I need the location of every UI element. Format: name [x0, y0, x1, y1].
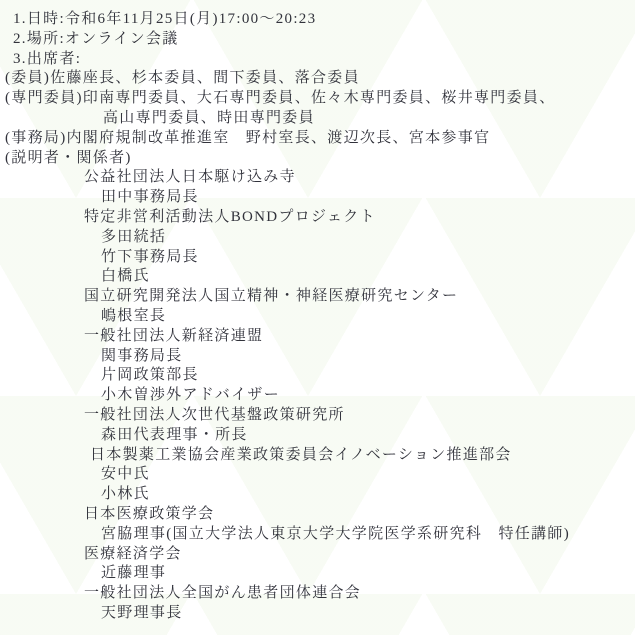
doc-line: 一般社団法人全国がん患者団体連合会 — [0, 584, 635, 604]
doc-line: 高山専門委員、時田専門委員 — [0, 109, 635, 129]
doc-line: 多田統括 — [0, 228, 635, 248]
doc-line: 小木曽渉外アドバイザー — [0, 386, 635, 406]
doc-line: 片岡政策部長 — [0, 366, 635, 386]
doc-line: (事務局)内閣府規制改革推進室 野村室長、渡辺次長、宮本参事官 — [0, 129, 635, 149]
doc-line: 一般社団法人新経済連盟 — [0, 327, 635, 347]
doc-line: 森田代表理事・所長 — [0, 426, 635, 446]
doc-line: (説明者・関係者) — [0, 149, 635, 169]
document-page: 1.日時:令和6年11月25日(月)17:00〜20:232.場所:オンライン会… — [0, 0, 635, 635]
doc-line: (専門委員)印南専門委員、大石専門委員、佐々木専門委員、桜井専門委員、 — [0, 89, 635, 109]
doc-line: 白橋氏 — [0, 267, 635, 287]
doc-line: 国立研究開発法人国立精神・神経医療研究センター — [0, 287, 635, 307]
doc-line: 安中氏 — [0, 465, 635, 485]
doc-line: 竹下事務局長 — [0, 248, 635, 268]
doc-line: 医療経済学会 — [0, 545, 635, 565]
doc-line: 天野理事長 — [0, 604, 635, 624]
doc-line: 小林氏 — [0, 485, 635, 505]
doc-line: 田中事務局長 — [0, 188, 635, 208]
doc-line: 公益社団法人日本駆け込み寺 — [0, 168, 635, 188]
doc-line: 関事務局長 — [0, 347, 635, 367]
doc-line: 近藤理事 — [0, 564, 635, 584]
doc-line: 1.日時:令和6年11月25日(月)17:00〜20:23 — [0, 10, 635, 30]
doc-line: 嶋根室長 — [0, 307, 635, 327]
doc-line: 一般社団法人次世代基盤政策研究所 — [0, 406, 635, 426]
doc-line: 3.出席者: — [0, 50, 635, 70]
doc-line: (委員)佐藤座長、杉本委員、間下委員、落合委員 — [0, 69, 635, 89]
doc-line: 特定非営利活動法人BONDプロジェクト — [0, 208, 635, 228]
doc-line: 宮脇理事(国立大学法人東京大学大学院医学系研究科 特任講師) — [0, 525, 635, 545]
doc-line: 日本製薬工業協会産業政策委員会イノベーション推進部会 — [0, 446, 635, 466]
document-body: 1.日時:令和6年11月25日(月)17:00〜20:232.場所:オンライン会… — [0, 0, 635, 624]
doc-line: 日本医療政策学会 — [0, 505, 635, 525]
doc-line: 2.場所:オンライン会議 — [0, 30, 635, 50]
